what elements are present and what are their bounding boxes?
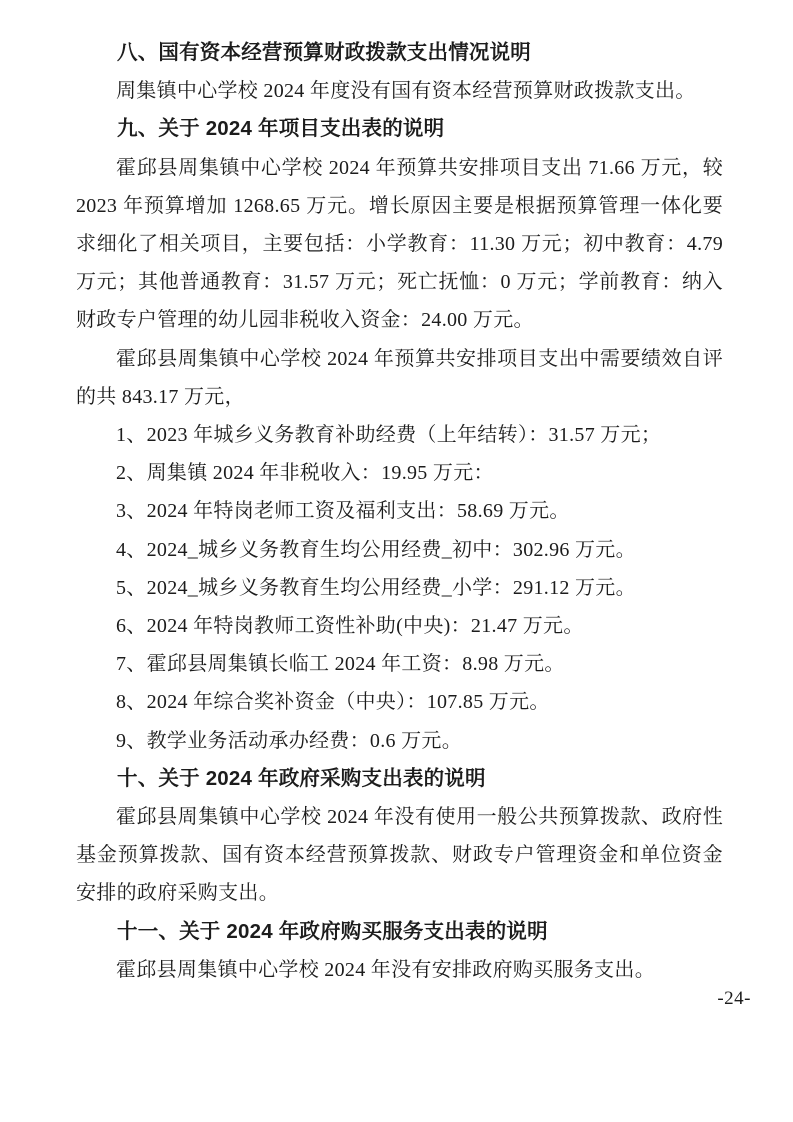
section-heading-11: 十一、关于 2024 年政府购买服务支出表的说明 [76, 913, 723, 951]
section-9-paragraph-overview: 霍邱县周集镇中心学校 2024 年预算共安排项目支出 71.66 万元，较 20… [76, 149, 723, 340]
project-item-5: 5、2024_城乡义务教育生均公用经费_小学：291.12 万元。 [76, 569, 723, 607]
section-9-paragraph-selfeval: 霍邱县周集镇中心学校 2024 年预算共安排项目支出中需要绩效自评的共 843.… [76, 340, 723, 416]
project-item-2: 2、周集镇 2024 年非税收入：19.95 万元： [76, 454, 723, 492]
section-8-paragraph: 周集镇中心学校 2024 年度没有国有资本经营预算财政拨款支出。 [76, 72, 723, 110]
project-item-8: 8、2024 年综合奖补资金（中央）：107.85 万元。 [76, 683, 723, 721]
project-item-7: 7、霍邱县周集镇长临工 2024 年工资：8.98 万元。 [76, 645, 723, 683]
project-item-3: 3、2024 年特岗老师工资及福利支出：58.69 万元。 [76, 492, 723, 530]
section-heading-10: 十、关于 2024 年政府采购支出表的说明 [76, 760, 723, 798]
section-10-paragraph: 霍邱县周集镇中心学校 2024 年没有使用一般公共预算拨款、政府性基金预算拨款、… [76, 798, 723, 913]
project-item-4: 4、2024_城乡义务教育生均公用经费_初中：302.96 万元。 [76, 531, 723, 569]
document-page: 八、国有资本经营预算财政拨款支出情况说明 周集镇中心学校 2024 年度没有国有… [0, 0, 793, 1122]
section-heading-9: 九、关于 2024 年项目支出表的说明 [76, 110, 723, 148]
project-item-1: 1、2023 年城乡义务教育补助经费（上年结转）：31.57 万元； [76, 416, 723, 454]
project-item-9: 9、教学业务活动承办经费：0.6 万元。 [76, 722, 723, 760]
section-heading-8: 八、国有资本经营预算财政拨款支出情况说明 [76, 34, 723, 72]
page-number: -24- [717, 988, 751, 1010]
section-11-paragraph: 霍邱县周集镇中心学校 2024 年没有安排政府购买服务支出。 [76, 951, 723, 989]
project-item-6: 6、2024 年特岗教师工资性补助(中央)：21.47 万元。 [76, 607, 723, 645]
document-content: 八、国有资本经营预算财政拨款支出情况说明 周集镇中心学校 2024 年度没有国有… [76, 34, 723, 989]
